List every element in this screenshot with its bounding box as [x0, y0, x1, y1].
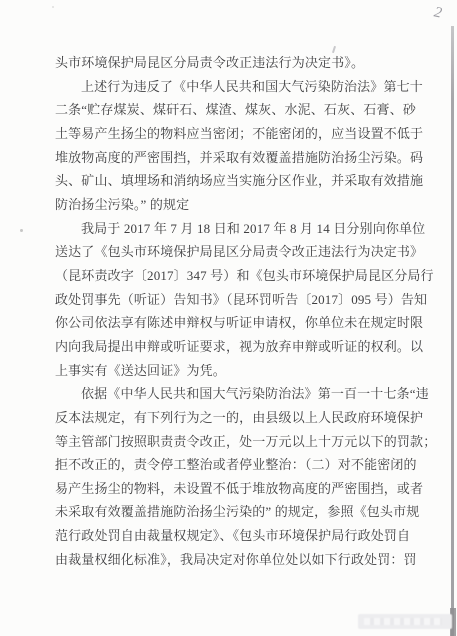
text-line: 我局于 2017 年 7 月 18 日和 2017 年 8 月 14 日分别向你…: [55, 217, 427, 241]
faint-watermark: [358, 614, 452, 629]
text-line: 未采取有效覆盖措施防治扬尘污染的” 的规定，参照《包头市规: [55, 500, 427, 524]
faint-watermark-texture: [364, 618, 442, 625]
text-line: 土等易产生扬尘的物料应当密闭；不能密闭的，应当设置不低于: [55, 122, 427, 146]
text-line: 你公司依法享有陈述申辩权与听证申请权，你单位未在规定时限: [55, 311, 427, 335]
text-line: 政处罚事先（听证）告知书》（昆环罚听告〔2017〕095 号）告知: [55, 288, 427, 312]
text-line: 反本法规定，有下列行为之一的，由县级以上人民政府环境保护: [55, 406, 427, 430]
text-line: 二条“贮存煤炭、煤矸石、煤渣、煤灰、水泥、石灰、石膏、砂: [55, 98, 427, 122]
scanned-document-page: 2 头市环境保护局昆区分局责令改正违法行为决定书》。上述行为违反了《中华人民共和…: [0, 0, 457, 636]
text-line: 上述行为违反了《中华人民共和国大气污染防治法》第七十: [55, 75, 427, 99]
text-line: 堆放物高度的严密围挡，并采取有效覆盖措施防治扬尘污染。码: [55, 146, 427, 170]
document-text-block: 头市环境保护局昆区分局责令改正违法行为决定书》。上述行为违反了《中华人民共和国大…: [55, 51, 427, 571]
handwritten-page-number: 2: [432, 4, 443, 22]
scan-speck: [20, 229, 23, 232]
text-line: 范行政处罚自由裁量权规定》、《包头市环境保护局行政处罚自: [55, 524, 427, 548]
text-line: （昆环责改字〔2017〕347 号）和《包头市环境保护局昆区分局行: [55, 264, 427, 288]
text-line: 头、矿山、填埋场和消纳场应当实施分区作业，并采取有效措施: [55, 169, 427, 193]
text-line: 易产生扬尘的物料，未设置不低于堆放物高度的严密围挡，或者: [55, 477, 427, 501]
text-line: 上事实有《送达回证》为凭。: [55, 359, 427, 383]
text-line: 等主管部门按照职责责令改正，处一万元以上十万元以下的罚款；: [55, 430, 427, 454]
scan-speck: [52, 6, 54, 8]
text-line: 依据《中华人民共和国大气污染防治法》第一百一十七条“违: [55, 382, 427, 406]
text-line: 内向我局提出申辩或听证要求，视为放弃申辩或听证的权利。以: [55, 335, 427, 359]
text-line: 拒不改正的，责令停工整治或者停业整治：（二）对不能密闭的: [55, 453, 427, 477]
scan-right-edge: [451, 26, 454, 636]
text-line: 防治扬尘污染。” 的规定: [55, 193, 427, 217]
text-line: 头市环境保护局昆区分局责令改正违法行为决定书》。: [55, 51, 427, 75]
text-line: 由裁量权细化标准》，我局决定对你单位处以如下行政处罚：罚: [55, 548, 427, 572]
text-line: 送达了《包头市环境保护局昆区分局责令改正违法行为决定书》: [55, 240, 427, 264]
